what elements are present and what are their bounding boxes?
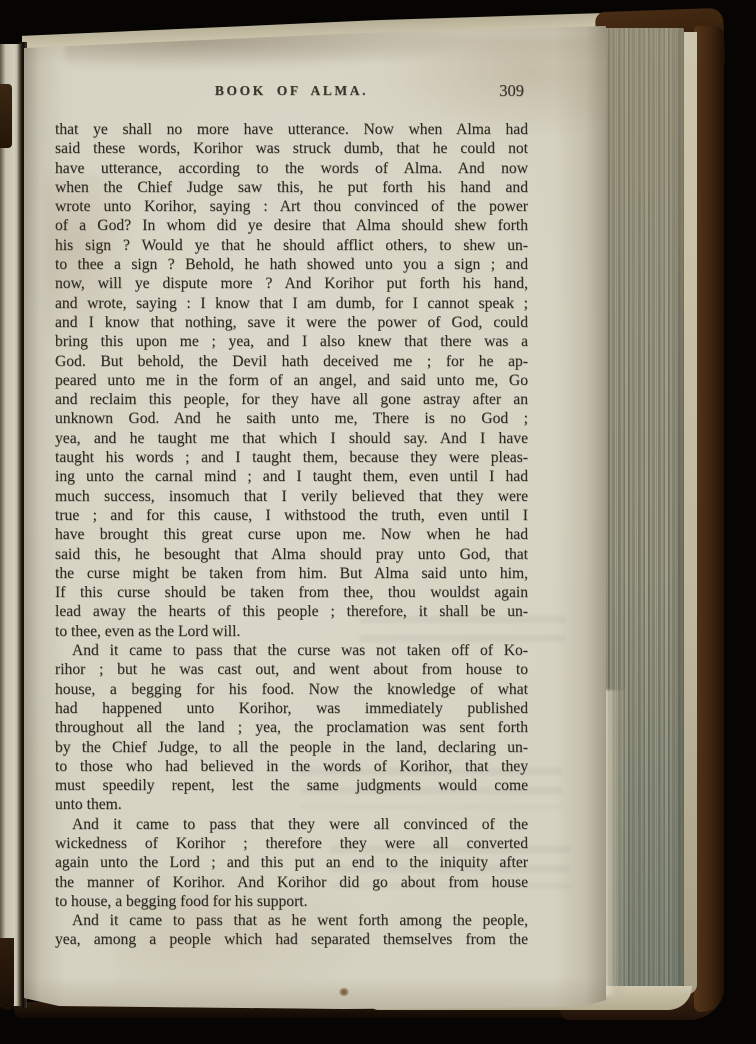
text-line: throughout all the land ; yea, the procl… [55, 718, 528, 737]
text-line: that ye shall no more have utterance. No… [55, 120, 528, 139]
text-line: unto them. [55, 795, 528, 814]
text-line: house, a begging for his food. Now the k… [55, 680, 528, 699]
text-line: yea, and he taught me that which I shoul… [55, 429, 528, 448]
cover-edge-right [694, 26, 724, 1012]
text-line: to thee, even as the Lord will. [55, 622, 528, 641]
text-line: And it came to pass that the curse was n… [55, 641, 528, 660]
text-line: again unto the Lord ; and this put an en… [55, 853, 528, 872]
text-line: by the Chief Judge, to all the people in… [55, 738, 528, 757]
text-line: to those who had believed in the words o… [55, 757, 528, 776]
text-line: wrote unto Korihor, saying : Art thou co… [55, 197, 528, 216]
text-line: true ; and for this cause, I withstood t… [55, 506, 528, 525]
text-line: unknown God. And he saith unto me, There… [55, 409, 528, 428]
text-line: now, will ye dispute more ? And Korihor … [55, 274, 528, 293]
left-cover-fragment-top [0, 84, 12, 148]
text-line: wickedness of Korihor ; therefore they w… [55, 834, 528, 853]
text-line: said this, he besought that Alma should … [55, 545, 528, 564]
page-number: 309 [499, 80, 524, 102]
text-line: the curse might be taken from him. But A… [55, 564, 528, 583]
text-line: must speedily repent, lest the same judg… [55, 776, 528, 795]
text-line: had happened unto Korihor, was immediate… [55, 699, 528, 718]
text-line: lead away the hearts of this people ; th… [55, 602, 528, 621]
text-line: and wrote, saying : I know that I am dum… [55, 294, 528, 313]
text-line: yea, among a people which had separated … [55, 930, 528, 949]
text-line: his sign ? Would ye that he should affli… [55, 236, 528, 255]
left-cover-fragment-bottom [0, 938, 14, 1010]
scanned-book-photo: BOOK OF ALMA. 309 that ye shall no more … [0, 0, 756, 1044]
page-text: that ye shall no more have utterance. No… [55, 120, 528, 950]
book-page: BOOK OF ALMA. 309 that ye shall no more … [24, 24, 606, 1010]
text-line: to thee a sign ? Behold, he hath showed … [55, 255, 528, 274]
text-line: ing unto the carnal mind ; and I taught … [55, 467, 528, 486]
text-line: and I know that nothing, save it were th… [55, 313, 528, 332]
text-line: If this curse should be taken from thee,… [55, 583, 528, 602]
text-line: bring this upon me ; yea, and I also kne… [55, 332, 528, 351]
page-content: BOOK OF ALMA. 309 that ye shall no more … [55, 80, 528, 950]
text-line: have utterance, according to the words o… [55, 159, 528, 178]
text-line: And it came to pass that they were all c… [55, 815, 528, 834]
text-line: of a God? In whom did ye desire that Alm… [55, 216, 528, 235]
text-line: peared unto me in the form of an angel, … [55, 371, 528, 390]
text-line: God. But behold, the Devil hath deceived… [55, 352, 528, 371]
text-line: taught his words ; and I taught them, be… [55, 448, 528, 467]
foxing-spot [339, 988, 349, 996]
running-title: BOOK OF ALMA. [55, 80, 528, 102]
text-line: have brought this great curse upon me. N… [55, 525, 528, 544]
text-line: and reclaim this people, for they have a… [55, 390, 528, 409]
text-line: much success, insomuch that I verily bel… [55, 487, 528, 506]
text-line: when the Chief Judge saw this, he put fo… [55, 178, 528, 197]
text-line: rihor ; but he was cast out, and went ab… [55, 660, 528, 679]
endpaper-edge [684, 32, 697, 994]
text-line: And it came to pass that as he went fort… [55, 911, 528, 930]
text-line: to house, a begging food for his support… [55, 892, 528, 911]
text-line: said these words, Korihor was struck dum… [55, 139, 528, 158]
running-header: BOOK OF ALMA. 309 [55, 80, 528, 102]
text-line: the manner of Korihor. And Korihor did g… [55, 873, 528, 892]
